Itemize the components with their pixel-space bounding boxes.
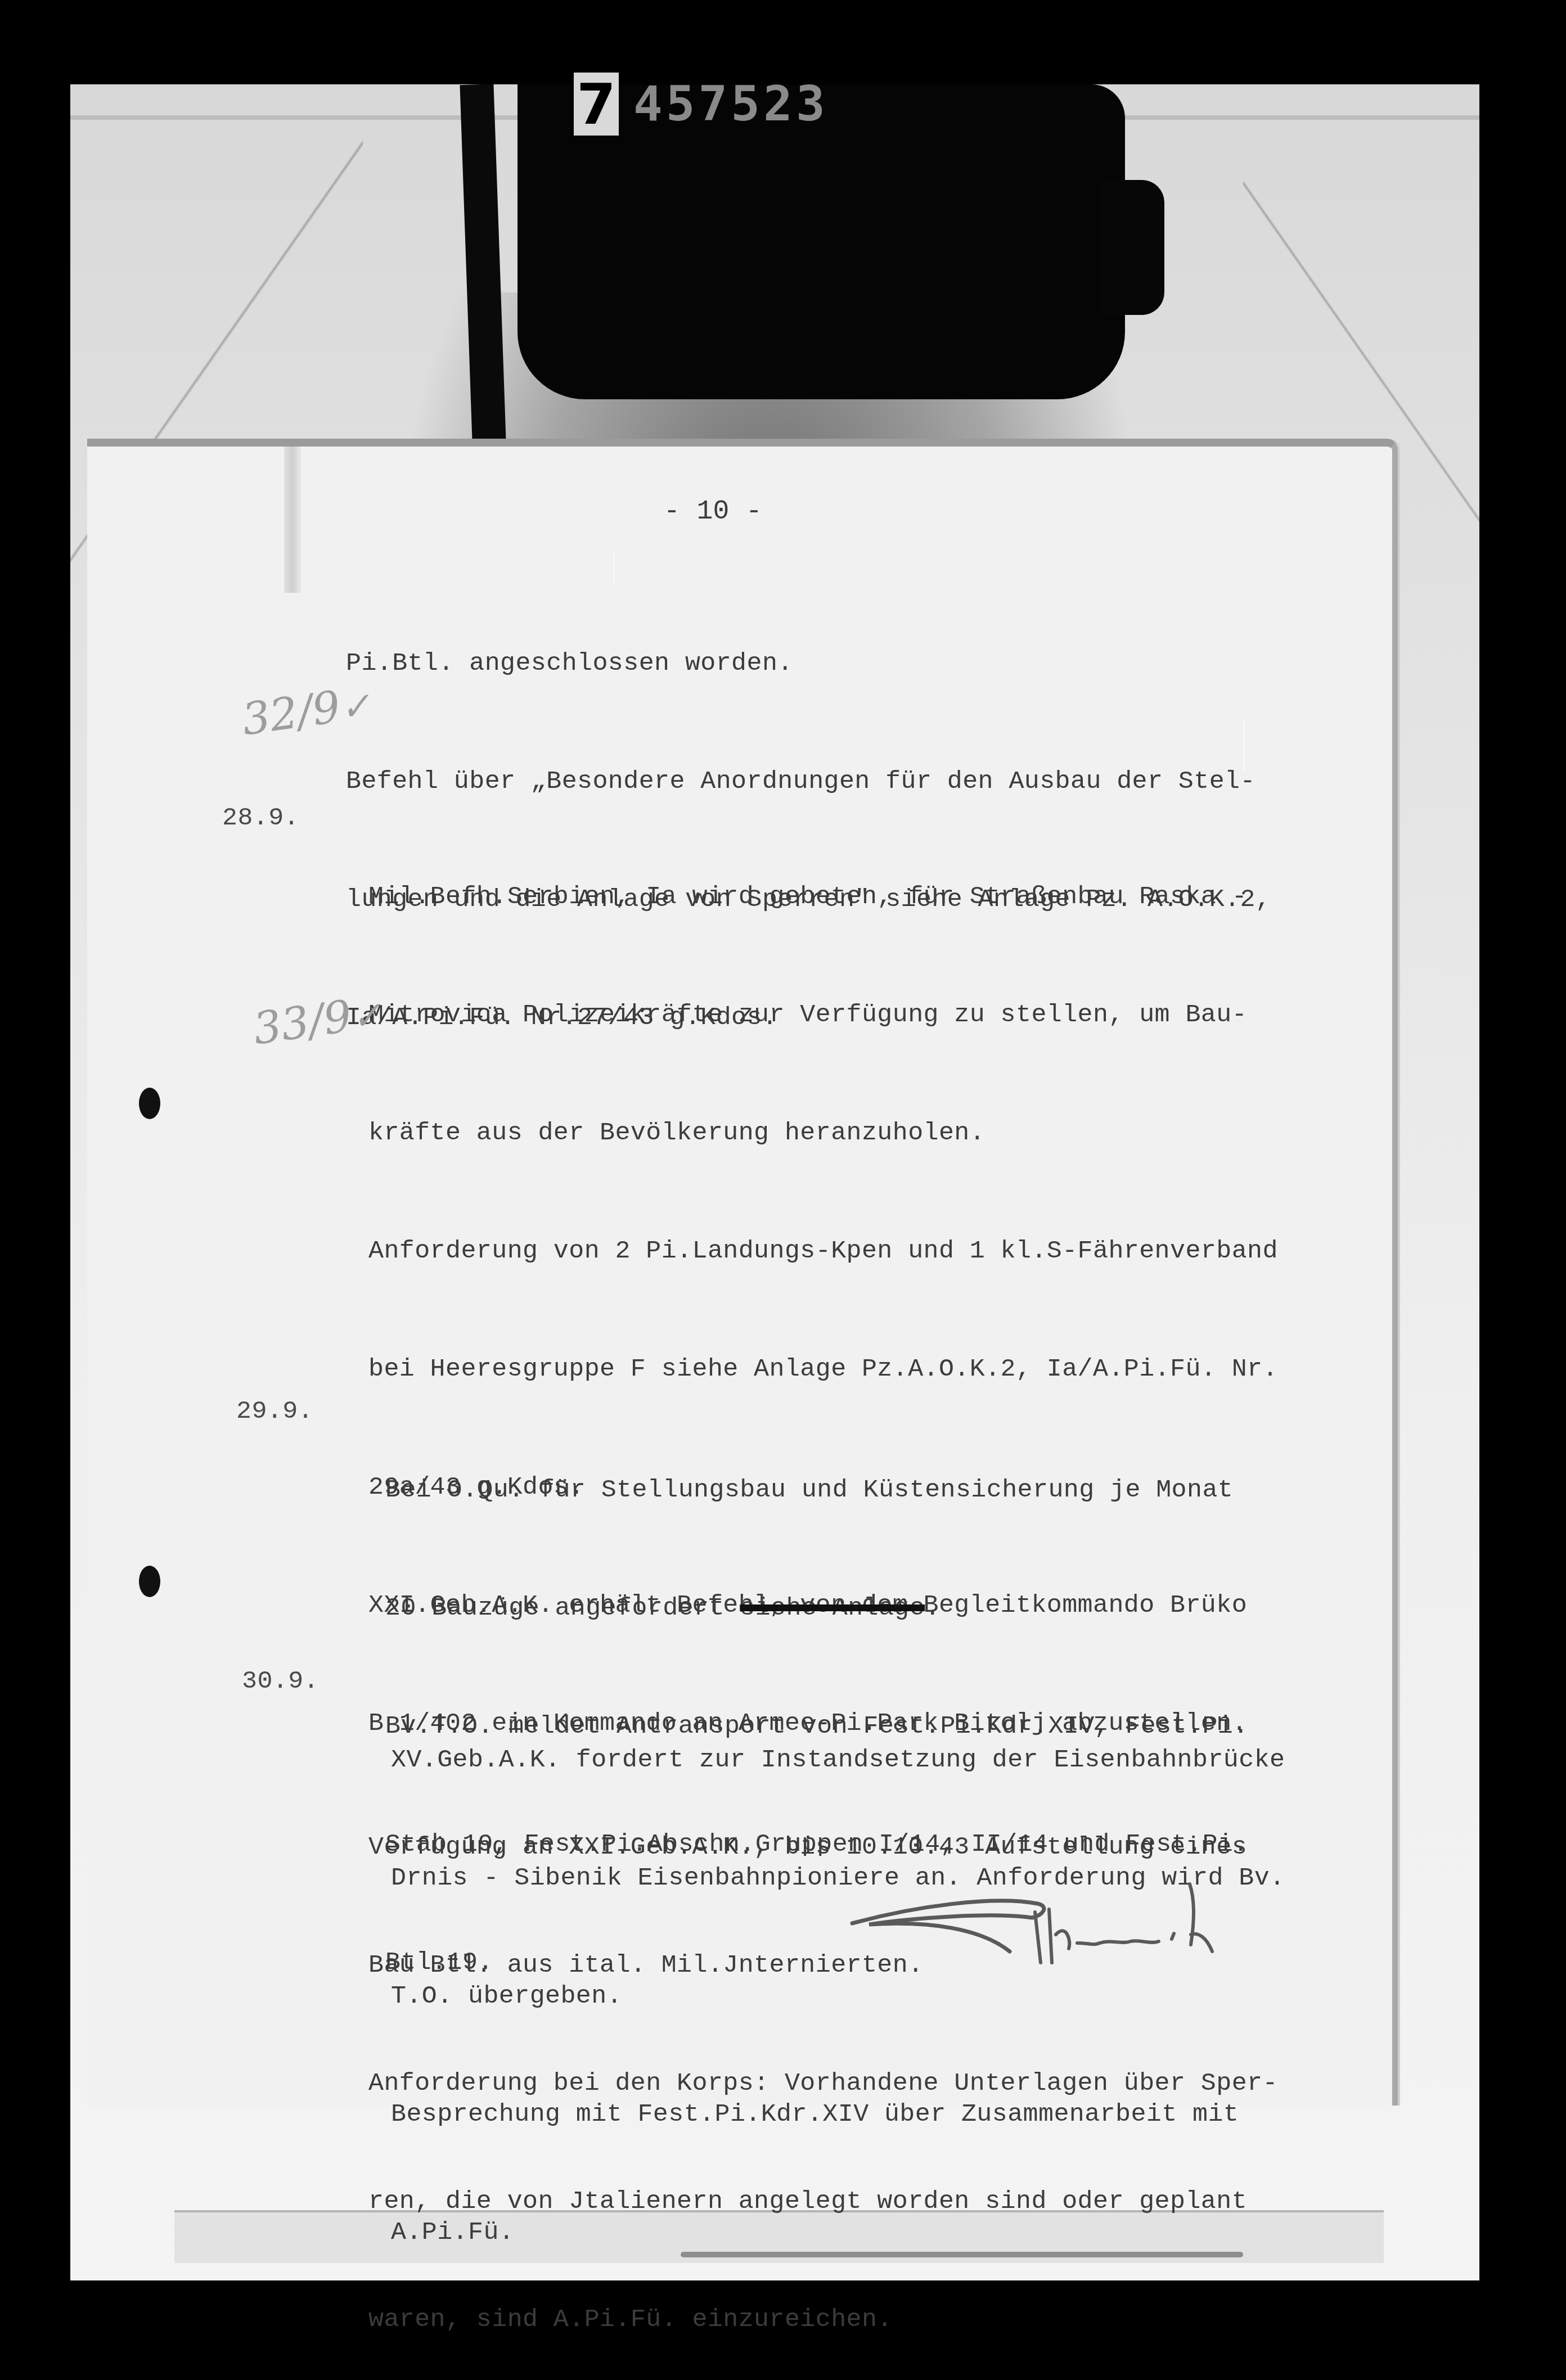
entry-date: 29.9. [236,1392,313,1431]
signature: Rheinicke (handwritten signature) [847,1873,1252,1968]
punch-hole-icon [139,1088,160,1119]
entry-body: XV.Geb.A.K. fordert zur Instandsetzung d… [391,1662,1285,2292]
sheet-fold-mark [284,447,301,593]
punch-hole-icon [139,1566,160,1597]
entry-date: 30.9. [242,1662,319,1701]
text-line: Anforderung von 2 Pi.Landungs-Kpen und 1… [368,1232,1278,1271]
text-line: Befehl über „Besondere Anordnungen für d… [346,762,1271,801]
text-line: A.Pi.Fü. [391,2213,1285,2252]
text-fragment: 20 Bauzüge angefordert [385,1594,724,1622]
film-scratch [613,551,614,585]
text-line: kräfte aus der Bevölkerung heranzuholen. [368,1114,1278,1153]
text-line: XV.Geb.A.K. fordert zur Instandsetzung d… [391,1741,1285,1780]
text-line: Besprechung mit Fest.Pi.Kdr.XIV über Zus… [391,2095,1285,2134]
entry-date: 28.9. [222,799,299,838]
reel-number: 7 [574,73,619,136]
struck-text: siehe Anlage [740,1594,925,1622]
frame-number: 457523 [633,76,829,132]
text-line: bei Heeresgruppe F siehe Anlage Pz.A.O.K… [368,1350,1278,1389]
text-line: 20 Bauzüge angefordert siehe Anlage. [385,1589,1249,1628]
text-line: Bei O.Qu. für Stellungsbau und Küstensic… [385,1471,1249,1510]
page-number: - 10 - [664,492,762,531]
text-fragment: . [925,1594,940,1622]
frame-counter-knob [1102,180,1164,315]
text-line: waren, sind A.Pi.Fü. einzureichen. [368,2300,1278,2340]
text-line: Pi.Btl. angeschlossen worden. [346,644,1271,683]
frame-counter-label: 7 457523 [574,73,829,135]
text-line: Mitrovica Polizeikräfte zur Verfügung zu… [368,995,1278,1035]
film-scratch [1243,720,1244,770]
text-line: Mil.Befh.Serbien, Ia wird gebeten, für S… [368,877,1278,917]
checkmark-icon: ✓ [349,994,384,1039]
text-line: T.O. übergeben. [391,1977,1285,2016]
checkmark-icon: ✓ [337,684,373,730]
